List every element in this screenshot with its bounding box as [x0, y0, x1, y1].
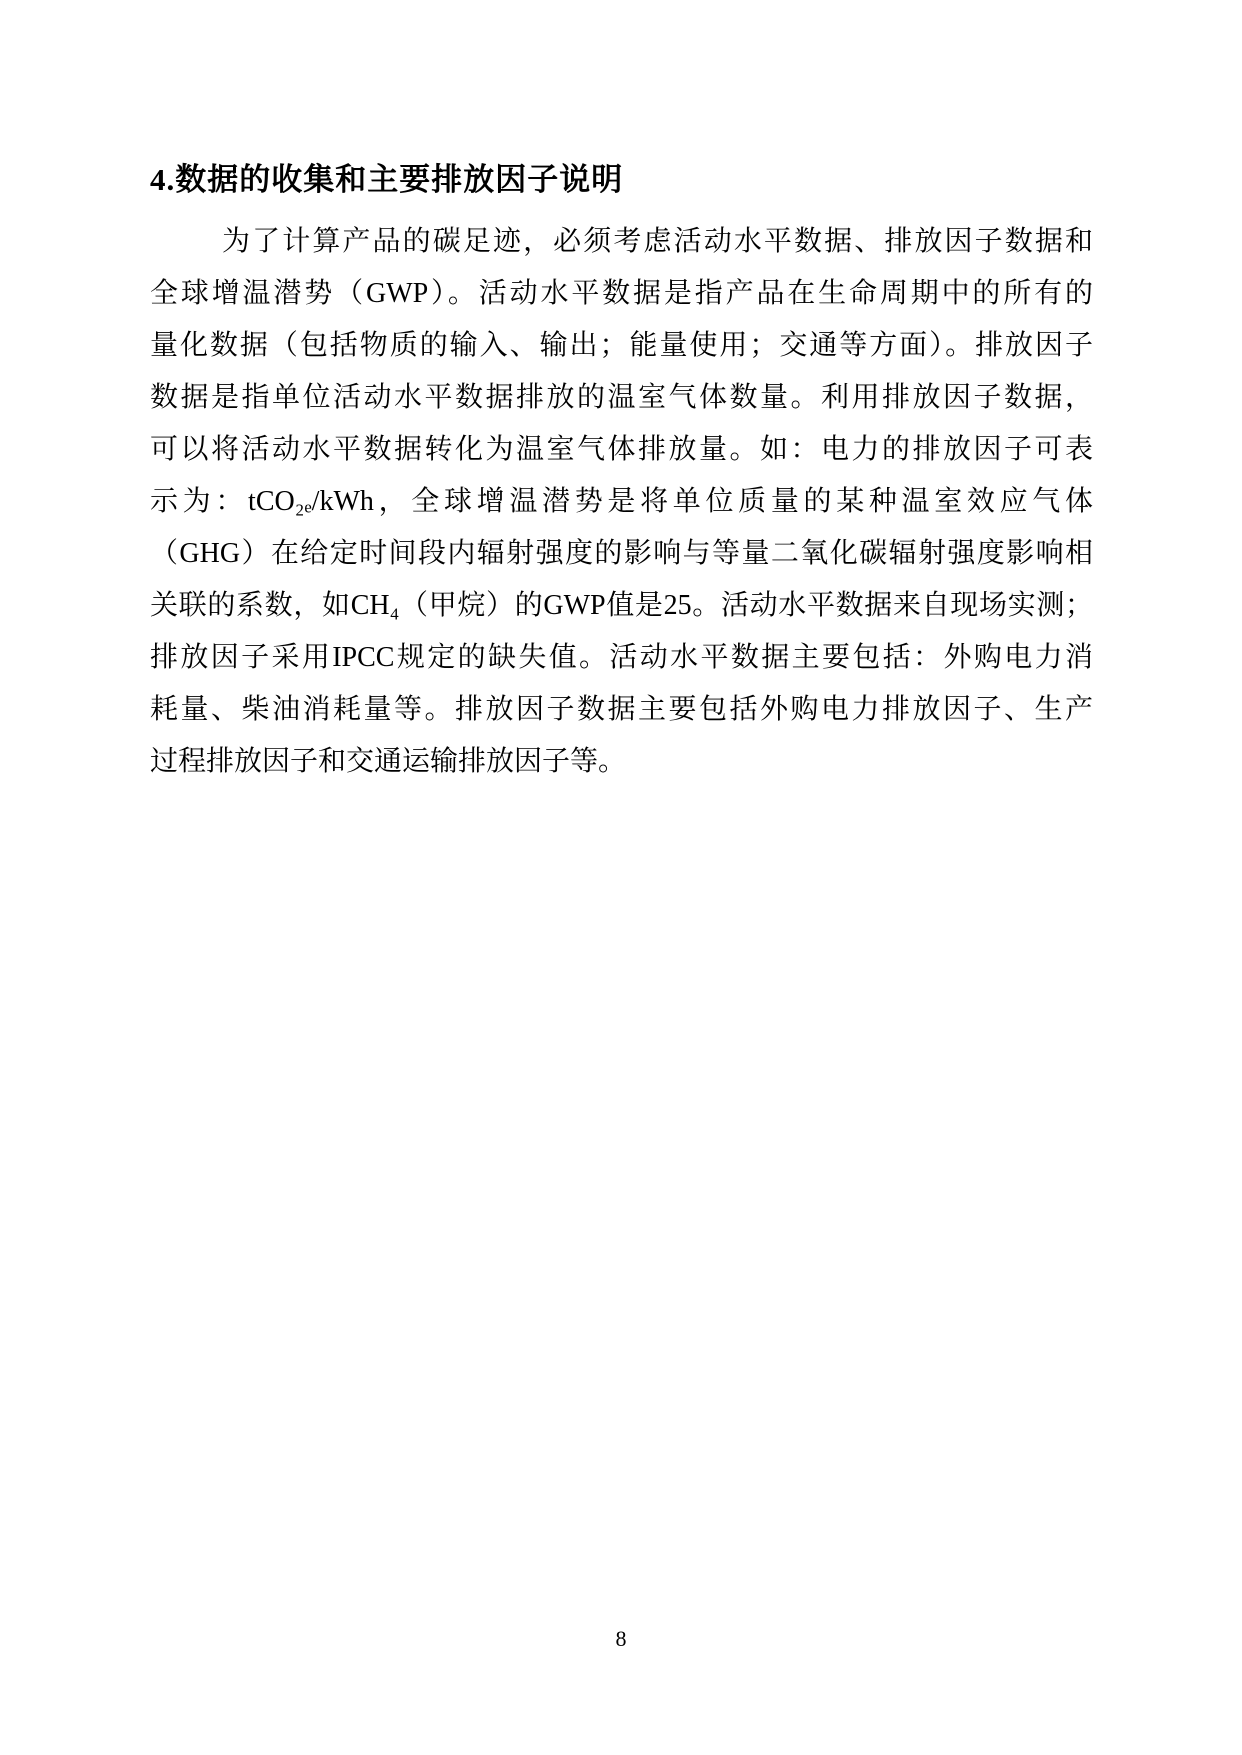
- document-page: 4.数据的收集和主要排放因子说明 为了计算产品的碳足迹，必须考虑活动水平数据、排…: [0, 0, 1242, 1755]
- paragraph-line: 量化数据（包括物质的输入、输出；能量使用；交通等方面）。排放因子: [150, 320, 1093, 372]
- paragraph-line: 示为：tCO₂ₑ/kWh，全球增温潜势是将单位质量的某种温室效应气体: [150, 476, 1093, 528]
- section-heading: 4.数据的收集和主要排放因子说明: [150, 158, 1093, 202]
- paragraph-line: （GHG）在给定时间段内辐射强度的影响与等量二氧化碳辐射强度影响相: [150, 528, 1093, 580]
- paragraph-line: 为了计算产品的碳足迹，必须考虑活动水平数据、排放因子数据和: [150, 216, 1093, 268]
- page-number: 8: [0, 1626, 1242, 1652]
- paragraph-line: 全球增温潜势（GWP）。活动水平数据是指产品在生命周期中的所有的: [150, 268, 1093, 320]
- body-paragraph: 为了计算产品的碳足迹，必须考虑活动水平数据、排放因子数据和 全球增温潜势（GWP…: [150, 216, 1093, 788]
- paragraph-line: 关联的系数，如CH₄（甲烷）的GWP值是25。活动水平数据来自现场实测；: [150, 580, 1093, 632]
- paragraph-line: 排放因子采用IPCC规定的缺失值。活动水平数据主要包括：外购电力消: [150, 632, 1093, 684]
- paragraph-line: 耗量、柴油消耗量等。排放因子数据主要包括外购电力排放因子、生产: [150, 684, 1093, 736]
- paragraph-line: 数据是指单位活动水平数据排放的温室气体数量。利用排放因子数据，: [150, 372, 1093, 424]
- paragraph-line: 过程排放因子和交通运输排放因子等。: [150, 736, 1093, 788]
- paragraph-line: 可以将活动水平数据转化为温室气体排放量。如：电力的排放因子可表: [150, 424, 1093, 476]
- page-content: 4.数据的收集和主要排放因子说明 为了计算产品的碳足迹，必须考虑活动水平数据、排…: [150, 158, 1093, 788]
